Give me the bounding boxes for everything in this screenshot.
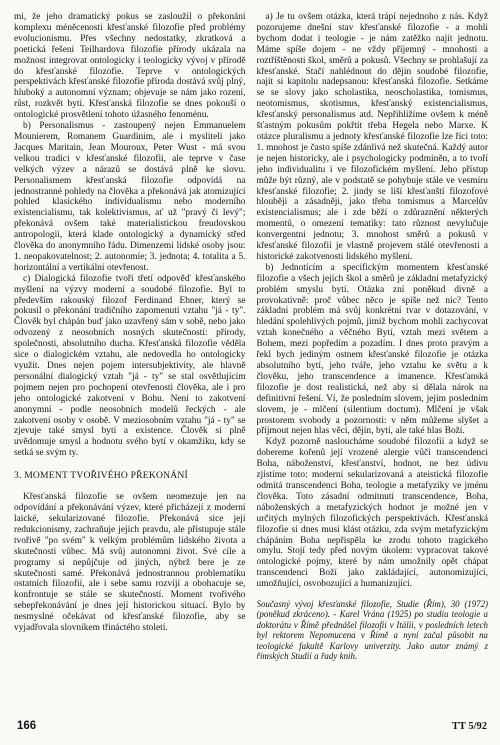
paragraph-teilhard-continuation: mi, že jeho dramatický pokus se zaslouži…	[14, 12, 246, 121]
page-number: 166	[17, 720, 36, 732]
two-column-text-area: mi, že jeho dramatický pokus se zaslouži…	[0, 0, 500, 688]
journal-issue-label: TT 5/92	[452, 721, 487, 732]
citation-note-author-bio: Současný vývoj křesťanské filozofie, Stu…	[257, 599, 489, 661]
paragraph-plurality-and-unity: a) Je tu ovšem otázka, která trápí nejed…	[257, 12, 489, 263]
paragraph-dialogical-philosophy: c) Dialogická filozofie tvoří třetí odpo…	[14, 274, 246, 459]
scanned-journal-page: mi, že jeho dramatický pokus se zaslouži…	[0, 0, 500, 745]
left-column: mi, že jeho dramatický pokus se zaslouži…	[14, 12, 246, 688]
paragraph-metaphysical-problem: b) Jednotícím a specifickým momentem kře…	[257, 263, 489, 438]
section-heading-creative-overcoming: 3. MOMENT TVOŘIVÉHO PŘEKONÁNÍ	[14, 470, 246, 481]
paragraph-creative-overcoming: Křesťanská filozofie se ovšem neomezuje …	[14, 492, 246, 634]
paragraph-secularized-philosophy: Když pozorně nasloucháme soudobé filozof…	[257, 437, 489, 590]
paragraph-personalism: b) Personalismus - zastoupený nejen Emma…	[14, 121, 246, 274]
right-column: a) Je tu ovšem otázka, která trápí nejed…	[257, 12, 489, 688]
page-footer: 166 TT 5/92	[17, 720, 487, 732]
